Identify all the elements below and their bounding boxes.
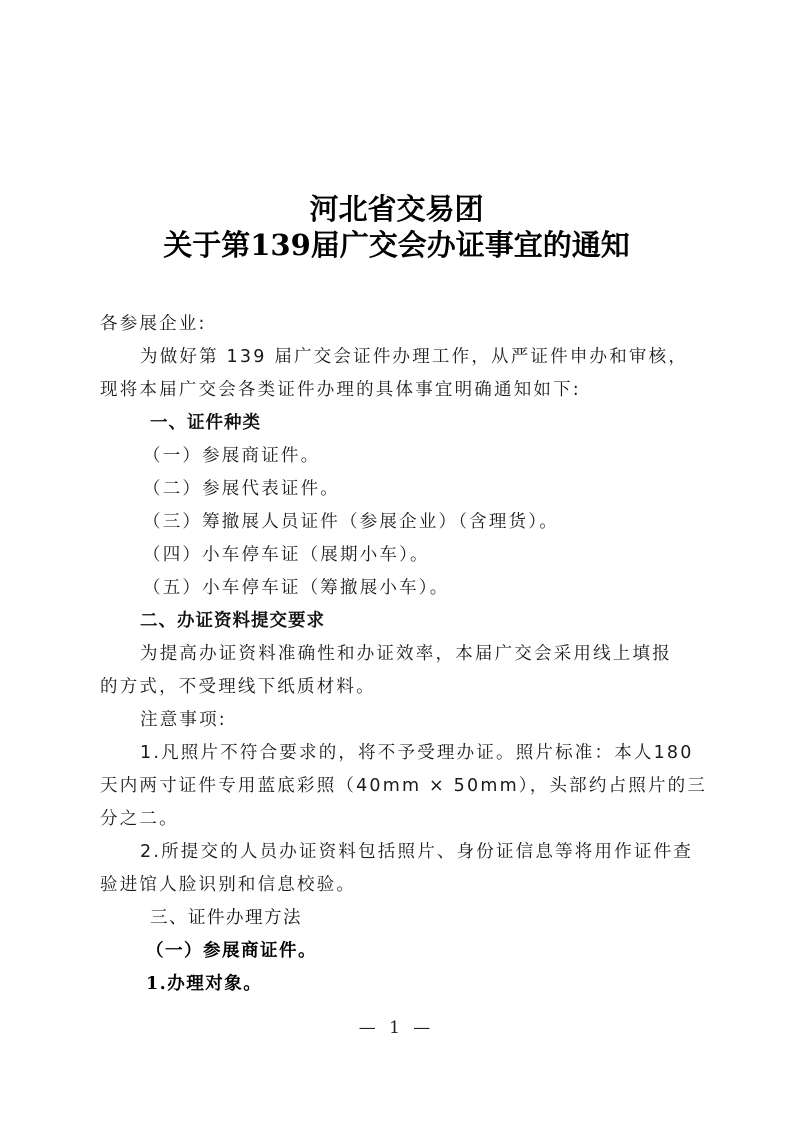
section-3-heading: 三、证件办理方法 — [150, 906, 302, 930]
document-title-line-1: 河北省交易团 — [0, 192, 793, 226]
section-2-para-line-1: 为提高办证资料准确性和办证效率，本届广交会采用线上填报 — [140, 642, 672, 666]
note-1-line-1: 1.凡照片不符合要求的，将不予受理办证。照片标准：本人180 — [140, 741, 694, 765]
section-1-item-4: （四）小车停车证（展期小车）。 — [143, 543, 430, 567]
intro-line-1: 为做好第 139 届广交会证件办理工作，从严证件申办和审核， — [140, 345, 688, 369]
document-page: 河北省交易团 关于第139届广交会办证事宜的通知 各参展企业: 为做好第 139… — [0, 0, 793, 1122]
section-1-item-5: （五）小车停车证（筹撤展小车）。 — [143, 576, 449, 600]
note-2-line-2: 验进馆人脸识别和信息校验。 — [100, 873, 356, 897]
section-2-heading: 二、办证资料提交要求 — [140, 609, 325, 633]
section-1-heading: 一、证件种类 — [150, 411, 261, 435]
notes-label: 注意事项: — [140, 708, 227, 732]
note-2-line-1: 2.所提交的人员办证资料包括照片、身份证信息等将用作证件查 — [140, 840, 693, 864]
page-number: — 1 — — [0, 1018, 793, 1038]
note-1-line-2: 天内两寸证件专用蓝底彩照（40mm × 50mm），头部约占照片的三 — [100, 774, 707, 798]
salutation: 各参展企业: — [100, 312, 207, 336]
section-1-item-2: （二）参展代表证件。 — [143, 477, 340, 501]
section-1-item-3: （三）筹撤展人员证件（参展企业）（含理货）。 — [143, 510, 559, 534]
section-3-item-heading: 1.办理对象。 — [146, 972, 262, 996]
section-3-sub-heading: （一）参展商证件。 — [146, 939, 317, 963]
section-2-para-line-2: 的方式，不受理线下纸质材料。 — [100, 675, 376, 699]
note-1-line-3: 分之二。 — [100, 807, 179, 831]
document-title-line-2: 关于第139届广交会办证事宜的通知 — [0, 228, 793, 262]
intro-line-2: 现将本届广交会各类证件办理的具体事宜明确通知如下: — [100, 378, 581, 402]
section-1-item-1: （一）参展商证件。 — [143, 444, 320, 468]
